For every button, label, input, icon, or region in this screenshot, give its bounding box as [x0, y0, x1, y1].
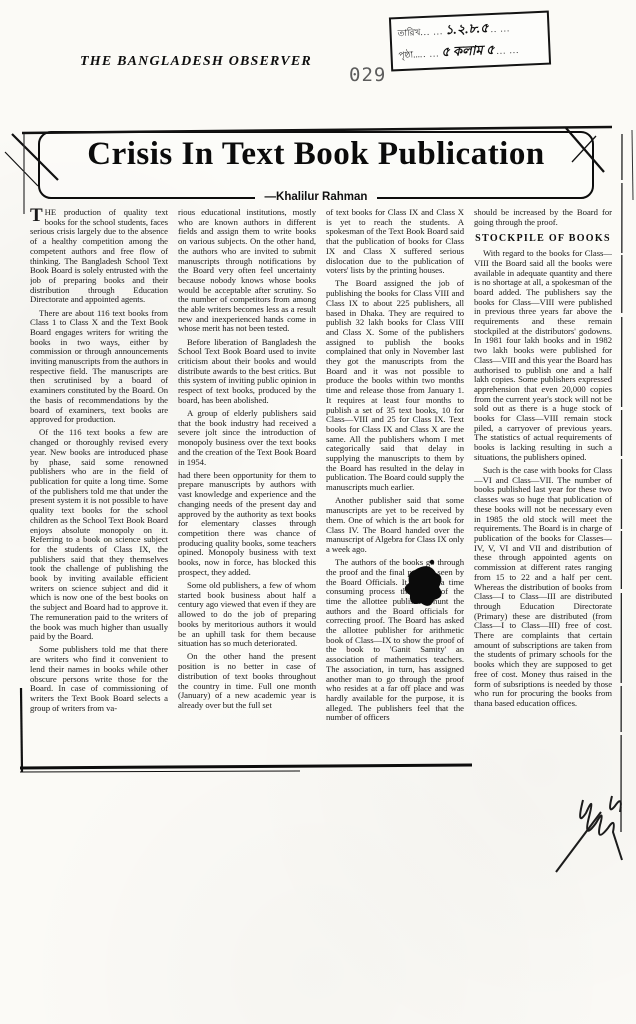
newspaper-masthead: THE BANGLADESH OBSERVER: [80, 54, 312, 70]
article-column-3: of text books for Class IX and Class X i…: [326, 208, 464, 766]
stamp-date-label: তারিখ: [397, 25, 420, 41]
article-body: THE production of quality text books for…: [30, 208, 612, 836]
paragraph: Some publishers told me that there are w…: [30, 645, 168, 713]
stamp-dots: ... ...: [420, 26, 443, 37]
paragraph: had there been opportunity for them to p…: [178, 471, 316, 578]
paragraph: Of the 116 text books a few are changed …: [30, 428, 168, 641]
serial-number: 029: [349, 64, 386, 86]
lead-paragraph: THE production of quality text books for…: [30, 208, 168, 305]
paragraph: should be increased by the Board for goi…: [474, 208, 612, 227]
paragraph: of text books for Class IX and Class X i…: [326, 208, 464, 276]
clipping-edge-right: [621, 134, 622, 832]
paragraph: Before liberation of Bangladesh the Scho…: [178, 338, 316, 406]
stamp-page-label: পৃষ্ঠা...: [398, 47, 420, 63]
paragraph: There are about 116 text books from Clas…: [30, 309, 168, 425]
newspaper-clipping-scan: { "header": { "masthead": "THE BANGLADES…: [0, 0, 636, 1024]
date-stamp-box: তারিখ ... ... ১.২.৮.৫ .. ... পৃষ্ঠা... .…: [389, 11, 551, 72]
paragraph: The Board assigned the job of publishing…: [326, 279, 464, 492]
article-column-4: should be increased by the Board for goi…: [474, 208, 612, 834]
paragraph: The authors of the books go through the …: [326, 558, 464, 723]
byline-rule: —Khalilur Rahman: [40, 187, 592, 205]
article-column-2: rious educational institutions, mostly w…: [178, 208, 316, 766]
section-subhead: STOCKPILE OF BOOKS: [474, 234, 612, 244]
article-byline: —Khalilur Rahman: [255, 191, 378, 203]
clipping-edge-left-bottom: [21, 688, 22, 772]
stamp-page-value: ৫ কলাম ৫: [441, 40, 495, 63]
paragraph: rious educational institutions, mostly w…: [178, 208, 316, 334]
article-column-1: THE production of quality text books for…: [30, 208, 168, 766]
paragraph: With regard to the books for Class—VIII …: [474, 249, 612, 462]
stamp-date-value: ১.২.৮.৫: [445, 19, 489, 42]
drop-cap: T: [30, 208, 43, 223]
paragraph: A group of elderly publishers said that …: [178, 409, 316, 467]
stamp-dots: .. ...: [490, 23, 510, 34]
paragraph: Some old publishers, a few of whom start…: [178, 581, 316, 649]
stamp-dots: .. ...: [420, 48, 440, 59]
paragraph: Another publisher said that some manuscr…: [326, 496, 464, 554]
clipping-edge-right-stub: [632, 130, 633, 200]
paragraph: On the other hand the present position i…: [178, 652, 316, 710]
corner-slash-top-left-2: [5, 152, 38, 186]
paragraph: Such is the case with books for Class—VI…: [474, 466, 612, 709]
lead-paragraph-text: HE production of quality text books for …: [30, 208, 168, 304]
article-title: Crisis In Text Book Publication: [40, 136, 592, 173]
stamp-dots: ... ...: [496, 44, 519, 55]
headline-box: Crisis In Text Book Publication —Khalilu…: [38, 131, 594, 199]
